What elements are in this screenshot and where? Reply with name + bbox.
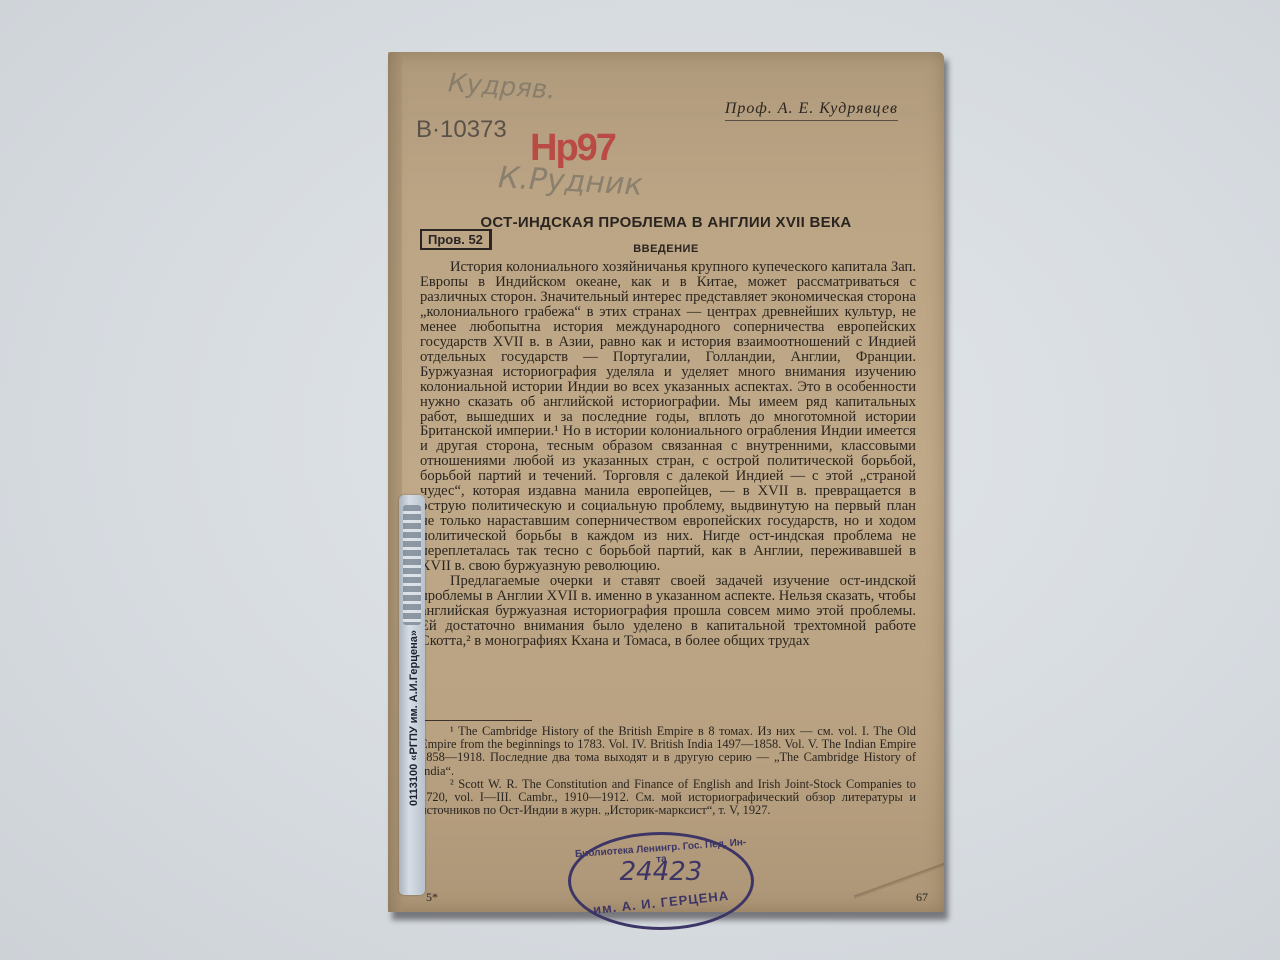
footnote-rule	[422, 720, 532, 721]
signature-mark: 5*	[426, 890, 438, 905]
section-heading: ВВЕДЕНИЕ	[388, 243, 944, 255]
call-number: В·10373	[416, 116, 507, 144]
footnotes: ¹ The Cambridge History of the British E…	[420, 725, 916, 817]
author-name: Проф. А. Е. Кудрявцев	[725, 100, 898, 121]
document-page: Кудряв. В·10373 Нр97 К.Рудник Проф. А. Е…	[388, 52, 944, 912]
body-text: История колониального хозяйничанья крупн…	[420, 260, 916, 649]
rfid-label: 0113100 «РГПУ им. А.И.Герцена»	[408, 636, 420, 806]
barcode-icon	[403, 505, 421, 625]
article-title: ОСТ-ИНДСКАЯ ПРОБЛЕМА В АНГЛИИ XVII ВЕКА	[388, 214, 944, 231]
paragraph: Предлагаемые очерки и ставят своей задач…	[420, 574, 916, 649]
pencil-note-top: Кудряв.	[447, 68, 556, 105]
footnote: ² Scott W. R. The Constitution and Finan…	[420, 778, 916, 818]
pencil-note-mid: К.Рудник	[497, 160, 643, 203]
library-stamp-bottom: им. А. И. ГЕРЦЕНА	[571, 886, 752, 920]
library-stamp-number: 24423	[571, 857, 751, 887]
library-stamp: Библиотека Ленингр. Гос. Пед. Ин-та 2442…	[568, 832, 754, 930]
footnote: ¹ The Cambridge History of the British E…	[420, 725, 916, 778]
torn-corner	[854, 862, 944, 912]
rfid-sticker: 0113100 «РГПУ им. А.И.Герцена»	[399, 495, 425, 895]
paragraph: История колониального хозяйничанья крупн…	[420, 260, 916, 574]
